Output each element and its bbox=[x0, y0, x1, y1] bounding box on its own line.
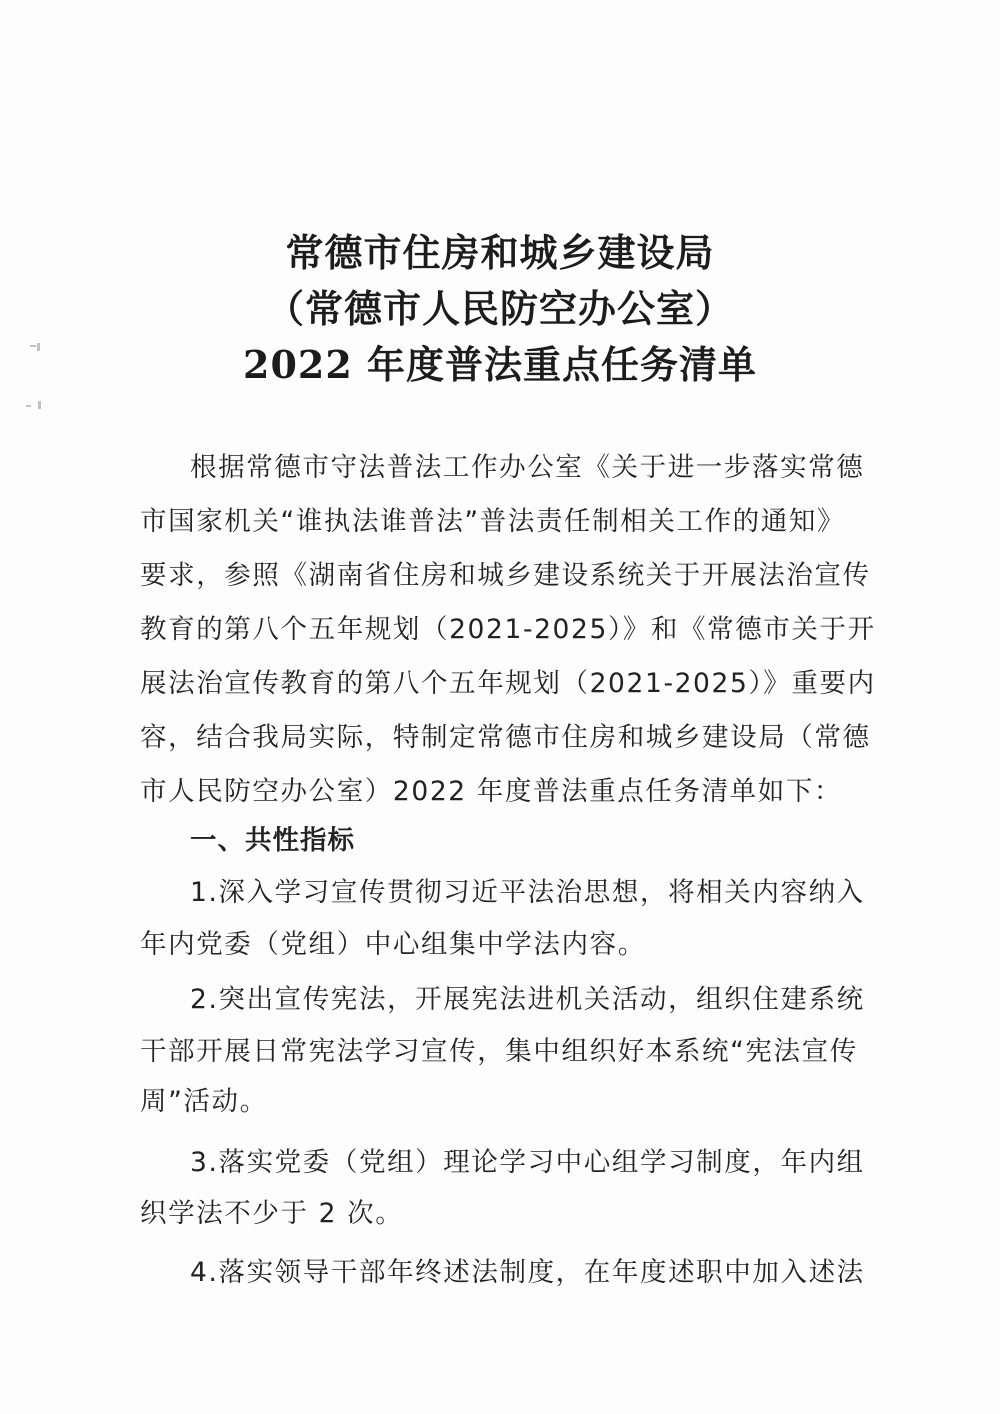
document-body: 根据常德市守法普法工作办公室《关于进一步落实常德 市国家机关“谁执法谁普法”普法… bbox=[140, 448, 844, 1348]
intro-line: 展法治宣传教育的第八个五年规划（2021-2025）》重要内 bbox=[140, 664, 876, 704]
intro-line: 根据常德市守法普法工作办公室《关于进一步落实常德 bbox=[190, 448, 864, 488]
intro-line: 容，结合我局实际，特制定常德市住房和城乡建设局（常德 bbox=[140, 718, 871, 758]
list-item-line: 年内党委（党组）中心组集中学法内容。 bbox=[140, 925, 646, 965]
title-line-2: （常德市人民防空办公室） bbox=[0, 281, 1000, 337]
intro-line: 要求，参照《湖南省住房和城乡建设系统关于开展法治宣传 bbox=[140, 556, 871, 596]
list-item-line: 织学法不少于 2 次。 bbox=[140, 1194, 403, 1234]
document-page: 常德市住房和城乡建设局 （常德市人民防空办公室） 2022 年度普法重点任务清单… bbox=[0, 0, 1000, 1414]
title-line-1: 常德市住房和城乡建设局 bbox=[0, 225, 1000, 281]
intro-line: 市人民防空办公室）2022 年度普法重点任务清单如下： bbox=[140, 772, 842, 812]
title-line-3: 2022 年度普法重点任务清单 bbox=[0, 337, 1000, 393]
section-heading: 一、共性指标 bbox=[190, 821, 355, 861]
list-item-line: 4.落实领导干部年终述法制度，在年度述职中加入述法 bbox=[190, 1253, 865, 1293]
list-item-line: 1.深入学习宣传贯彻习近平法治思想，将相关内容纳入 bbox=[190, 873, 865, 913]
document-title: 常德市住房和城乡建设局 （常德市人民防空办公室） 2022 年度普法重点任务清单 bbox=[0, 225, 1000, 393]
list-item-line: 周”活动。 bbox=[140, 1082, 268, 1122]
list-item-line: 2.突出宣传宪法，开展宪法进机关活动，组织住建系统 bbox=[190, 980, 865, 1020]
scan-artifact bbox=[38, 401, 41, 409]
list-item-line: 干部开展日常宪法学习宣传，集中组织好本系统“宪法宣传 bbox=[140, 1032, 858, 1072]
scan-artifact bbox=[26, 405, 31, 407]
list-item-line: 3.落实党委（党组）理论学习中心组学习制度，年内组 bbox=[190, 1143, 865, 1183]
intro-line: 教育的第八个五年规划（2021-2025）》和《常德市关于开 bbox=[140, 610, 876, 650]
intro-line: 市国家机关“谁执法谁普法”普法责任制相关工作的通知》 bbox=[140, 502, 845, 542]
